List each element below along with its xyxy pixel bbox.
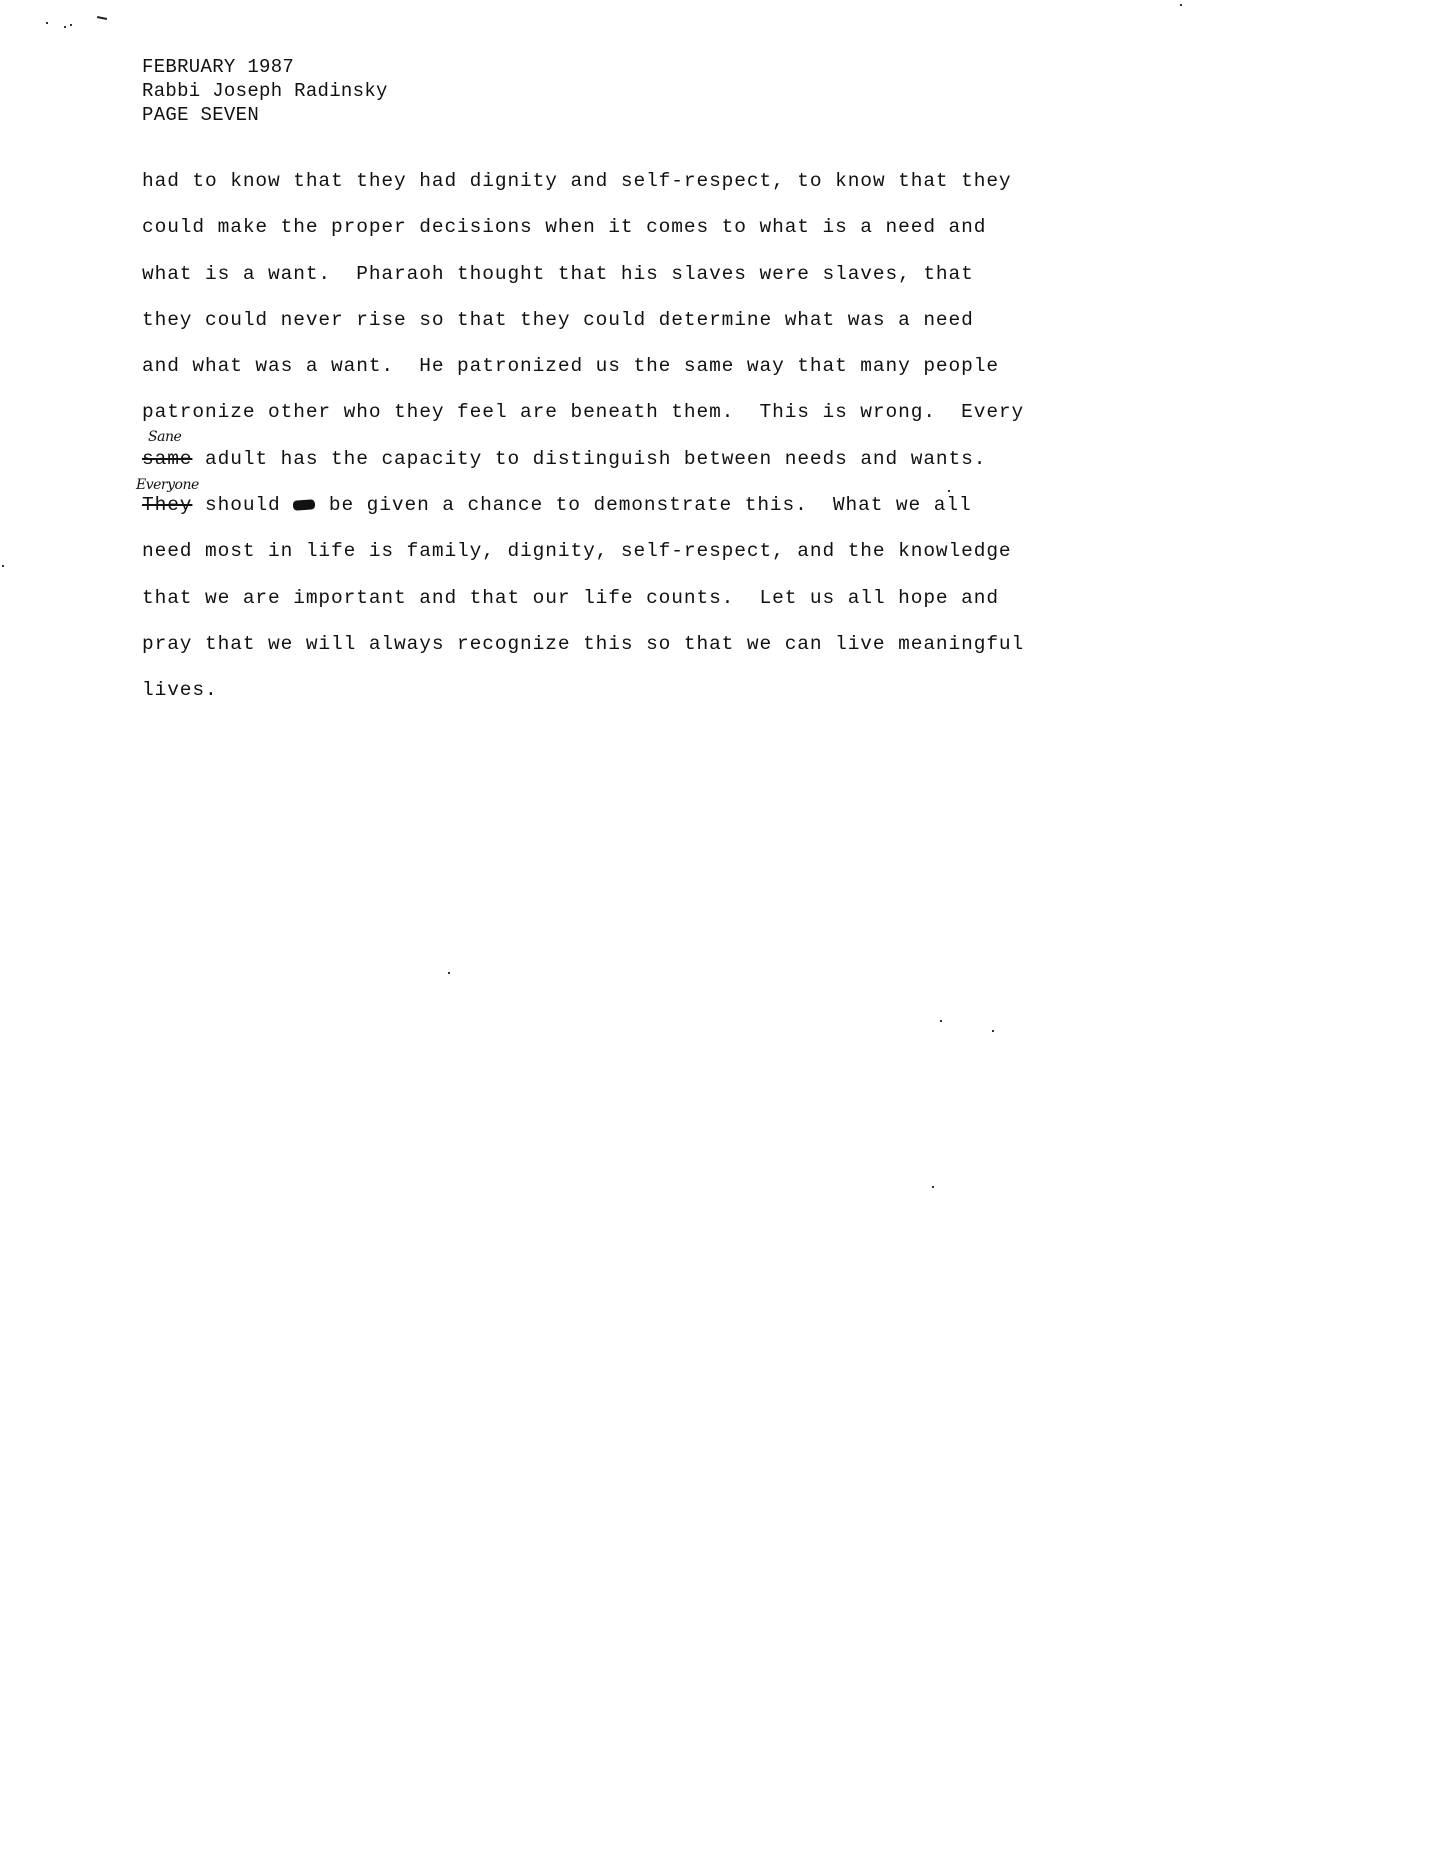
document-header: FEBRUARY 1987 Rabbi Joseph Radinsky PAGE…	[142, 55, 388, 127]
stray-mark	[97, 16, 107, 20]
header-page-label: PAGE SEVEN	[142, 103, 388, 127]
stray-speck	[932, 1186, 934, 1188]
body-line-9: need most in life is family, dignity, se…	[142, 536, 972, 582]
stray-speck	[46, 22, 48, 24]
header-date: FEBRUARY 1987	[142, 55, 388, 79]
header-author: Rabbi Joseph Radinsky	[142, 79, 388, 103]
body-line-8: EveryoneThey should be given a chance to…	[142, 490, 972, 536]
body-line-2: could make the proper decisions when it …	[142, 212, 972, 258]
body-line-3: what is a want. Pharaoh thought that his…	[142, 259, 972, 305]
struck-word-they: They	[142, 494, 192, 516]
stray-speck	[64, 26, 66, 28]
handwritten-correction-everyone: Everyone	[136, 478, 199, 492]
body-line-8-text-a: should	[192, 494, 293, 516]
body-line-5: and what was a want. He patronized us th…	[142, 351, 972, 397]
stray-speck	[448, 972, 450, 974]
ink-blot-all	[293, 499, 316, 511]
body-line-4: they could never rise so that they could…	[142, 305, 972, 351]
stray-speck	[992, 1030, 994, 1032]
stray-speck	[70, 24, 72, 26]
document-page: FEBRUARY 1987 Rabbi Joseph Radinsky PAGE…	[0, 0, 1430, 1851]
body-line-1: had to know that they had dignity and se…	[142, 166, 972, 212]
body-line-10: that we are important and that our life …	[142, 583, 972, 629]
body-line-11: pray that we will always recognize this …	[142, 629, 972, 675]
body-line-7-text: adult has the capacity to distinguish be…	[192, 448, 986, 470]
body-line-8-text-b: be given a chance to demonstrate this. W…	[316, 494, 971, 516]
stray-speck	[1180, 4, 1182, 6]
body-line-12: lives.	[142, 675, 972, 721]
stray-speck	[940, 1020, 942, 1022]
body-line-6: patronize other who they feel are beneat…	[142, 397, 972, 443]
body-line-7: Sanesame adult has the capacity to disti…	[142, 444, 972, 490]
struck-word-same: same	[142, 448, 192, 470]
document-body: had to know that they had dignity and se…	[142, 166, 972, 722]
stray-speck	[2, 565, 4, 567]
handwritten-correction-sane: Sane	[148, 430, 181, 444]
